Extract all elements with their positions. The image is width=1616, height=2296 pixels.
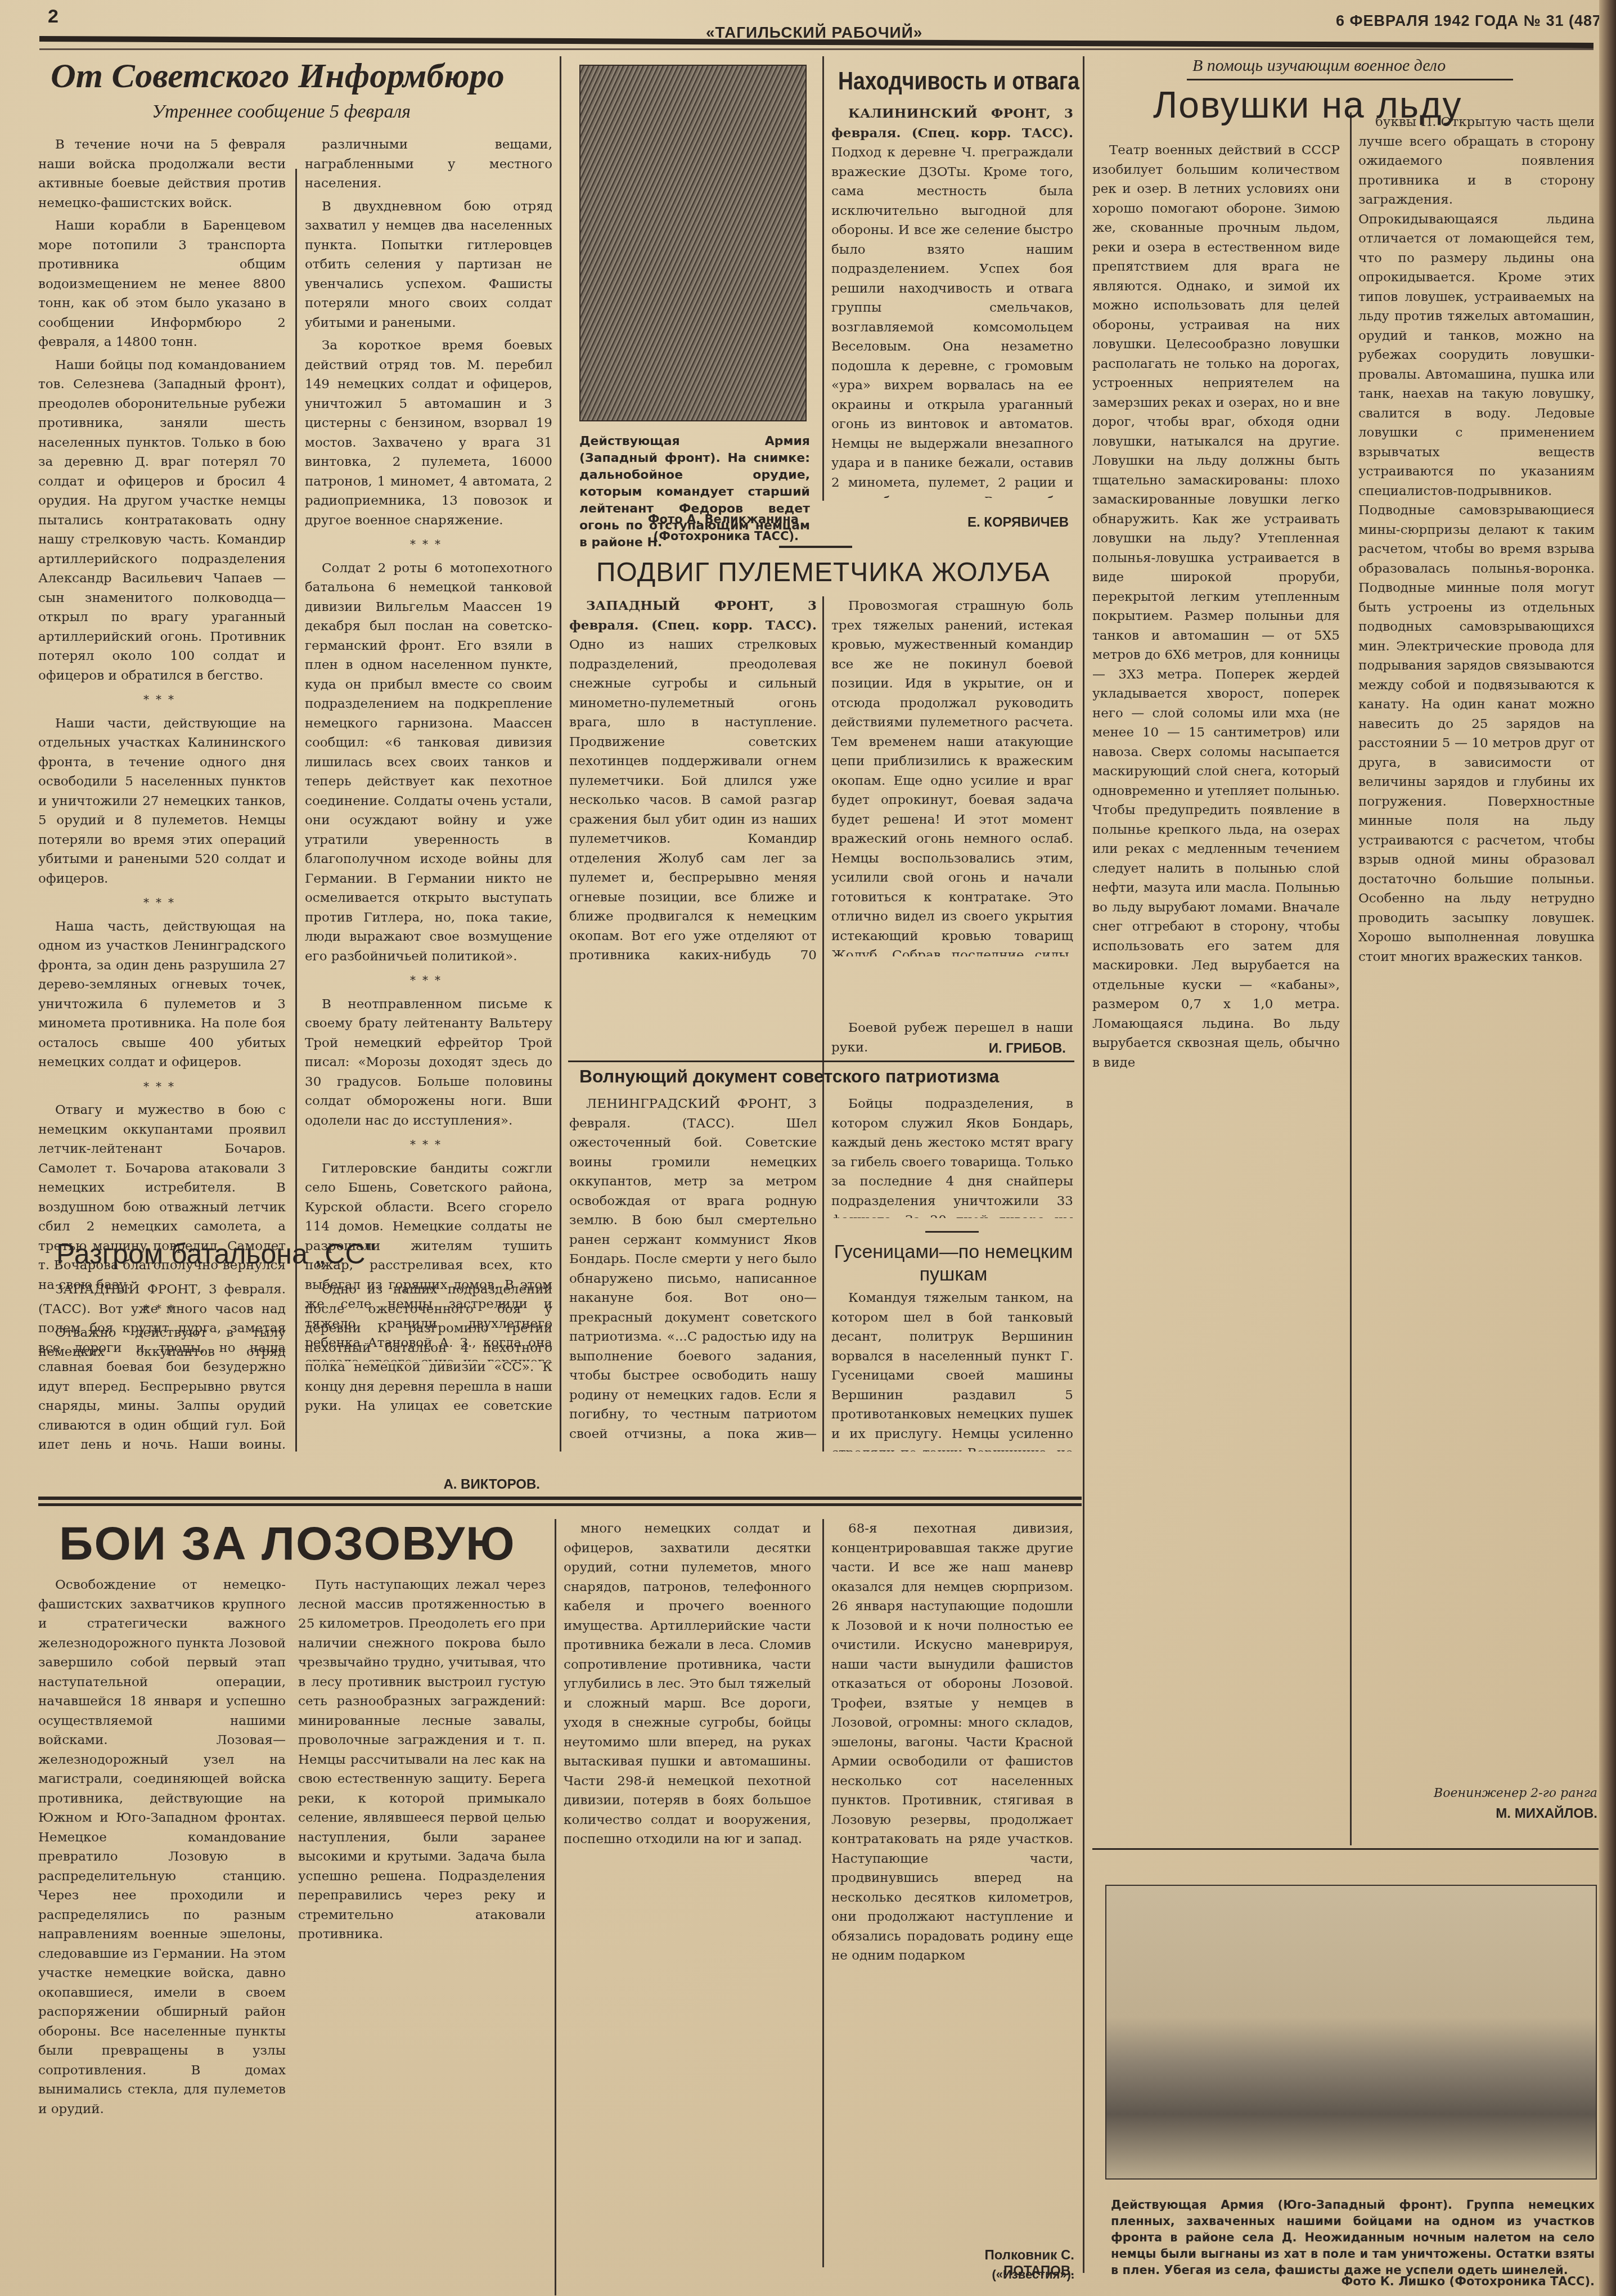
paragraph: За короткое время боевых действий отряд … [305,336,552,530]
article-author: Е. КОРЯВИЧЕВ [844,515,1069,531]
section-rule [38,1497,1082,1500]
sovinform-column-2: различными вещами, награбленными у местн… [305,135,552,1362]
article-source: («Известия»). [967,2267,1074,2282]
lozovaya-column-4: 68-я пехотная дивизия, концентрировавшая… [831,1519,1073,2211]
column-divider [822,56,824,501]
article-text: Подход к деревне Ч. преграждали вражески… [831,145,1073,498]
rubric: В помощь изучающим военное дело [1192,56,1446,75]
article-text: буквы П. Открытую часть щели лучше всего… [1358,113,1595,967]
column-divider [822,596,824,1452]
page-number: 2 [48,6,59,28]
lozovaya-column-1: Освобождение от немецко-фашистских захва… [38,1575,286,2290]
paragraph: В двухдневном бою отряд захватил у немце… [305,197,552,333]
separator-stars: *** [305,1135,552,1154]
zholub-column-1: ЗАПАДНЫЙ ФРОНТ, 3 февраля. (Спец. корр. … [569,596,817,962]
sovinform-column-1: В течение ночи на 5 февраля наши войска … [38,135,286,1362]
article-text: Освобождение от немецко-фашистских захва… [38,1575,286,2119]
photo-caption: Действующая Армия (Юго-Западный фронт). … [1111,2197,1595,2279]
column-divider [1350,113,1352,1845]
dateline: ЗАПАДНЫЙ ФРОНТ, 3 февраля. (Спец. корр. … [569,598,817,633]
rubric-underline [1187,79,1513,80]
separator [779,546,852,548]
column-divider [1083,56,1084,2273]
article-text: Командуя тяжелым танком, на котором шел … [831,1288,1073,1452]
article-title: ПОДВИГ ПУЛЕМЕТЧИКА ЖОЛУБА [596,557,1050,588]
article-text: ЗАПАДНЫЙ ФРОНТ, 3 февраля. (ТАСС). Вот у… [38,1280,286,1449]
article-text: Путь наступающих лежал через лесной масс… [298,1575,546,1944]
lovushki-column-2: буквы П. Открытую часть щели лучше всего… [1358,113,1595,1778]
article-title: Волнующий документ советского патриотизм… [579,1066,999,1087]
gusenitsy-body: Командуя тяжелым танком, на котором шел … [831,1288,1073,1452]
document-column-2: Бойцы подразделения, в котором служил Як… [831,1094,1073,1218]
column-divider [555,1519,556,2295]
razgrom-column-2: Одно из наших подразделений после ожесто… [305,1280,552,1415]
article-text: Театр военных действий в СССР изобилует … [1092,141,1340,1072]
article-text: Одно из наших стрелковых подразделений, … [569,637,817,962]
separator [925,1231,979,1233]
issue-date: 6 ФЕВРАЛЯ 1942 ГОДА № 31 (4873) [1336,12,1616,30]
newspaper-page: 2 «ТАГИЛЬСКИЙ РАБОЧИЙ» 6 ФЕВРАЛЯ 1942 ГО… [0,0,1616,2296]
article-author: М. МИХАЙЛОВ. [1389,1806,1597,1822]
paragraph: Наши части, действующие на отдельных уча… [38,714,286,889]
separator-stars: *** [38,690,286,709]
article-text: Одно из наших подразделений после ожесто… [305,1280,552,1415]
paragraph: В течение ночи на 5 февраля наши войска … [38,135,286,213]
document-column-1: ЛЕНИНГРАДСКИЙ ФРОНТ, 3 февраля. (ТАСС). … [569,1094,817,1443]
separator-stars: *** [305,970,552,990]
article-text: ЛЕНИНГРАДСКИЙ ФРОНТ, 3 февраля. (ТАСС). … [569,1094,817,1443]
separator-stars: *** [38,1077,286,1097]
article-text: много немецких солдат и офицеров, захват… [564,1519,811,1849]
paragraph: В неотправленном письме к своему брату л… [305,995,552,1131]
column-divider [822,1519,824,2267]
photo-prisoners [1105,1885,1597,2180]
separator [568,1061,1074,1062]
separator-stars: *** [305,534,552,554]
sovinform-subtitle: Утреннее сообщение 5 февраля [152,101,411,123]
separator [1092,1848,1599,1850]
column-divider [560,56,561,1452]
section-rule [38,1503,1082,1506]
paragraph: Наши корабли в Баренцевом море потопили … [38,216,286,352]
sovinform-title: От Советского Информбюро [51,56,505,96]
photo-credit: Фото А. Великжанина (Фотохроника ТАСС). [607,511,799,545]
razgrom-column-1: ЗАПАДНЫЙ ФРОНТ, 3 февраля. (ТАСС). Вот у… [38,1280,286,1449]
lovushki-column-1: Театр военных действий в СССР изобилует … [1092,141,1340,1834]
article-title: Разгром батальона „СС" [56,1238,375,1270]
author-rank: Военинженер 2-го ранга [1389,1786,1597,1800]
nakhodchivost-body: КАЛИНИНСКИЙ ФРОНТ, 3 февраля. (Спец. кор… [831,104,1073,498]
paragraph: различными вещами, награбленными у местн… [305,135,552,194]
paragraph: Солдат 2 роты 6 мотопехотного батальона … [305,559,552,967]
photo-artillery [579,65,807,421]
article-author: И. ГРИБОВ. [844,1041,1066,1057]
article-text: Бойцы подразделения, в котором служил Як… [831,1094,1073,1218]
article-author: А. ВИКТОРОВ. [315,1477,540,1493]
separator-stars: *** [38,893,286,913]
paragraph: Наши бойцы под командованием тов. Селезн… [38,356,286,686]
article-text: 68-я пехотная дивизия, концентрировавшая… [831,1519,1073,1966]
paragraph: Наша часть, действующая на одном из учас… [38,917,286,1072]
lozovaya-column-2: Путь наступающих лежал через лесной масс… [298,1575,546,2290]
article-title: Гусеницами—по немецким пушкам [830,1241,1077,1286]
lozovaya-column-3: много немецких солдат и офицеров, захват… [564,1519,811,2290]
article-title: БОИ ЗА ЛОЗОВУЮ [59,1516,516,1571]
article-text: Провозмогая страшную боль трех тяжелых р… [831,596,1073,956]
zholub-column-2: Провозмогая страшную боль трех тяжелых р… [831,596,1073,956]
dateline: КАЛИНИНСКИЙ ФРОНТ, 3 февраля. (Спец. кор… [831,106,1073,141]
article-title: Находчивость и отвага [838,68,1079,96]
page-edge-shadow [1599,0,1616,2296]
photo-credit: Фото К. Лишко (Фотохроника ТАСС). [1311,2273,1595,2290]
masthead-rule-thin [39,48,1594,50]
